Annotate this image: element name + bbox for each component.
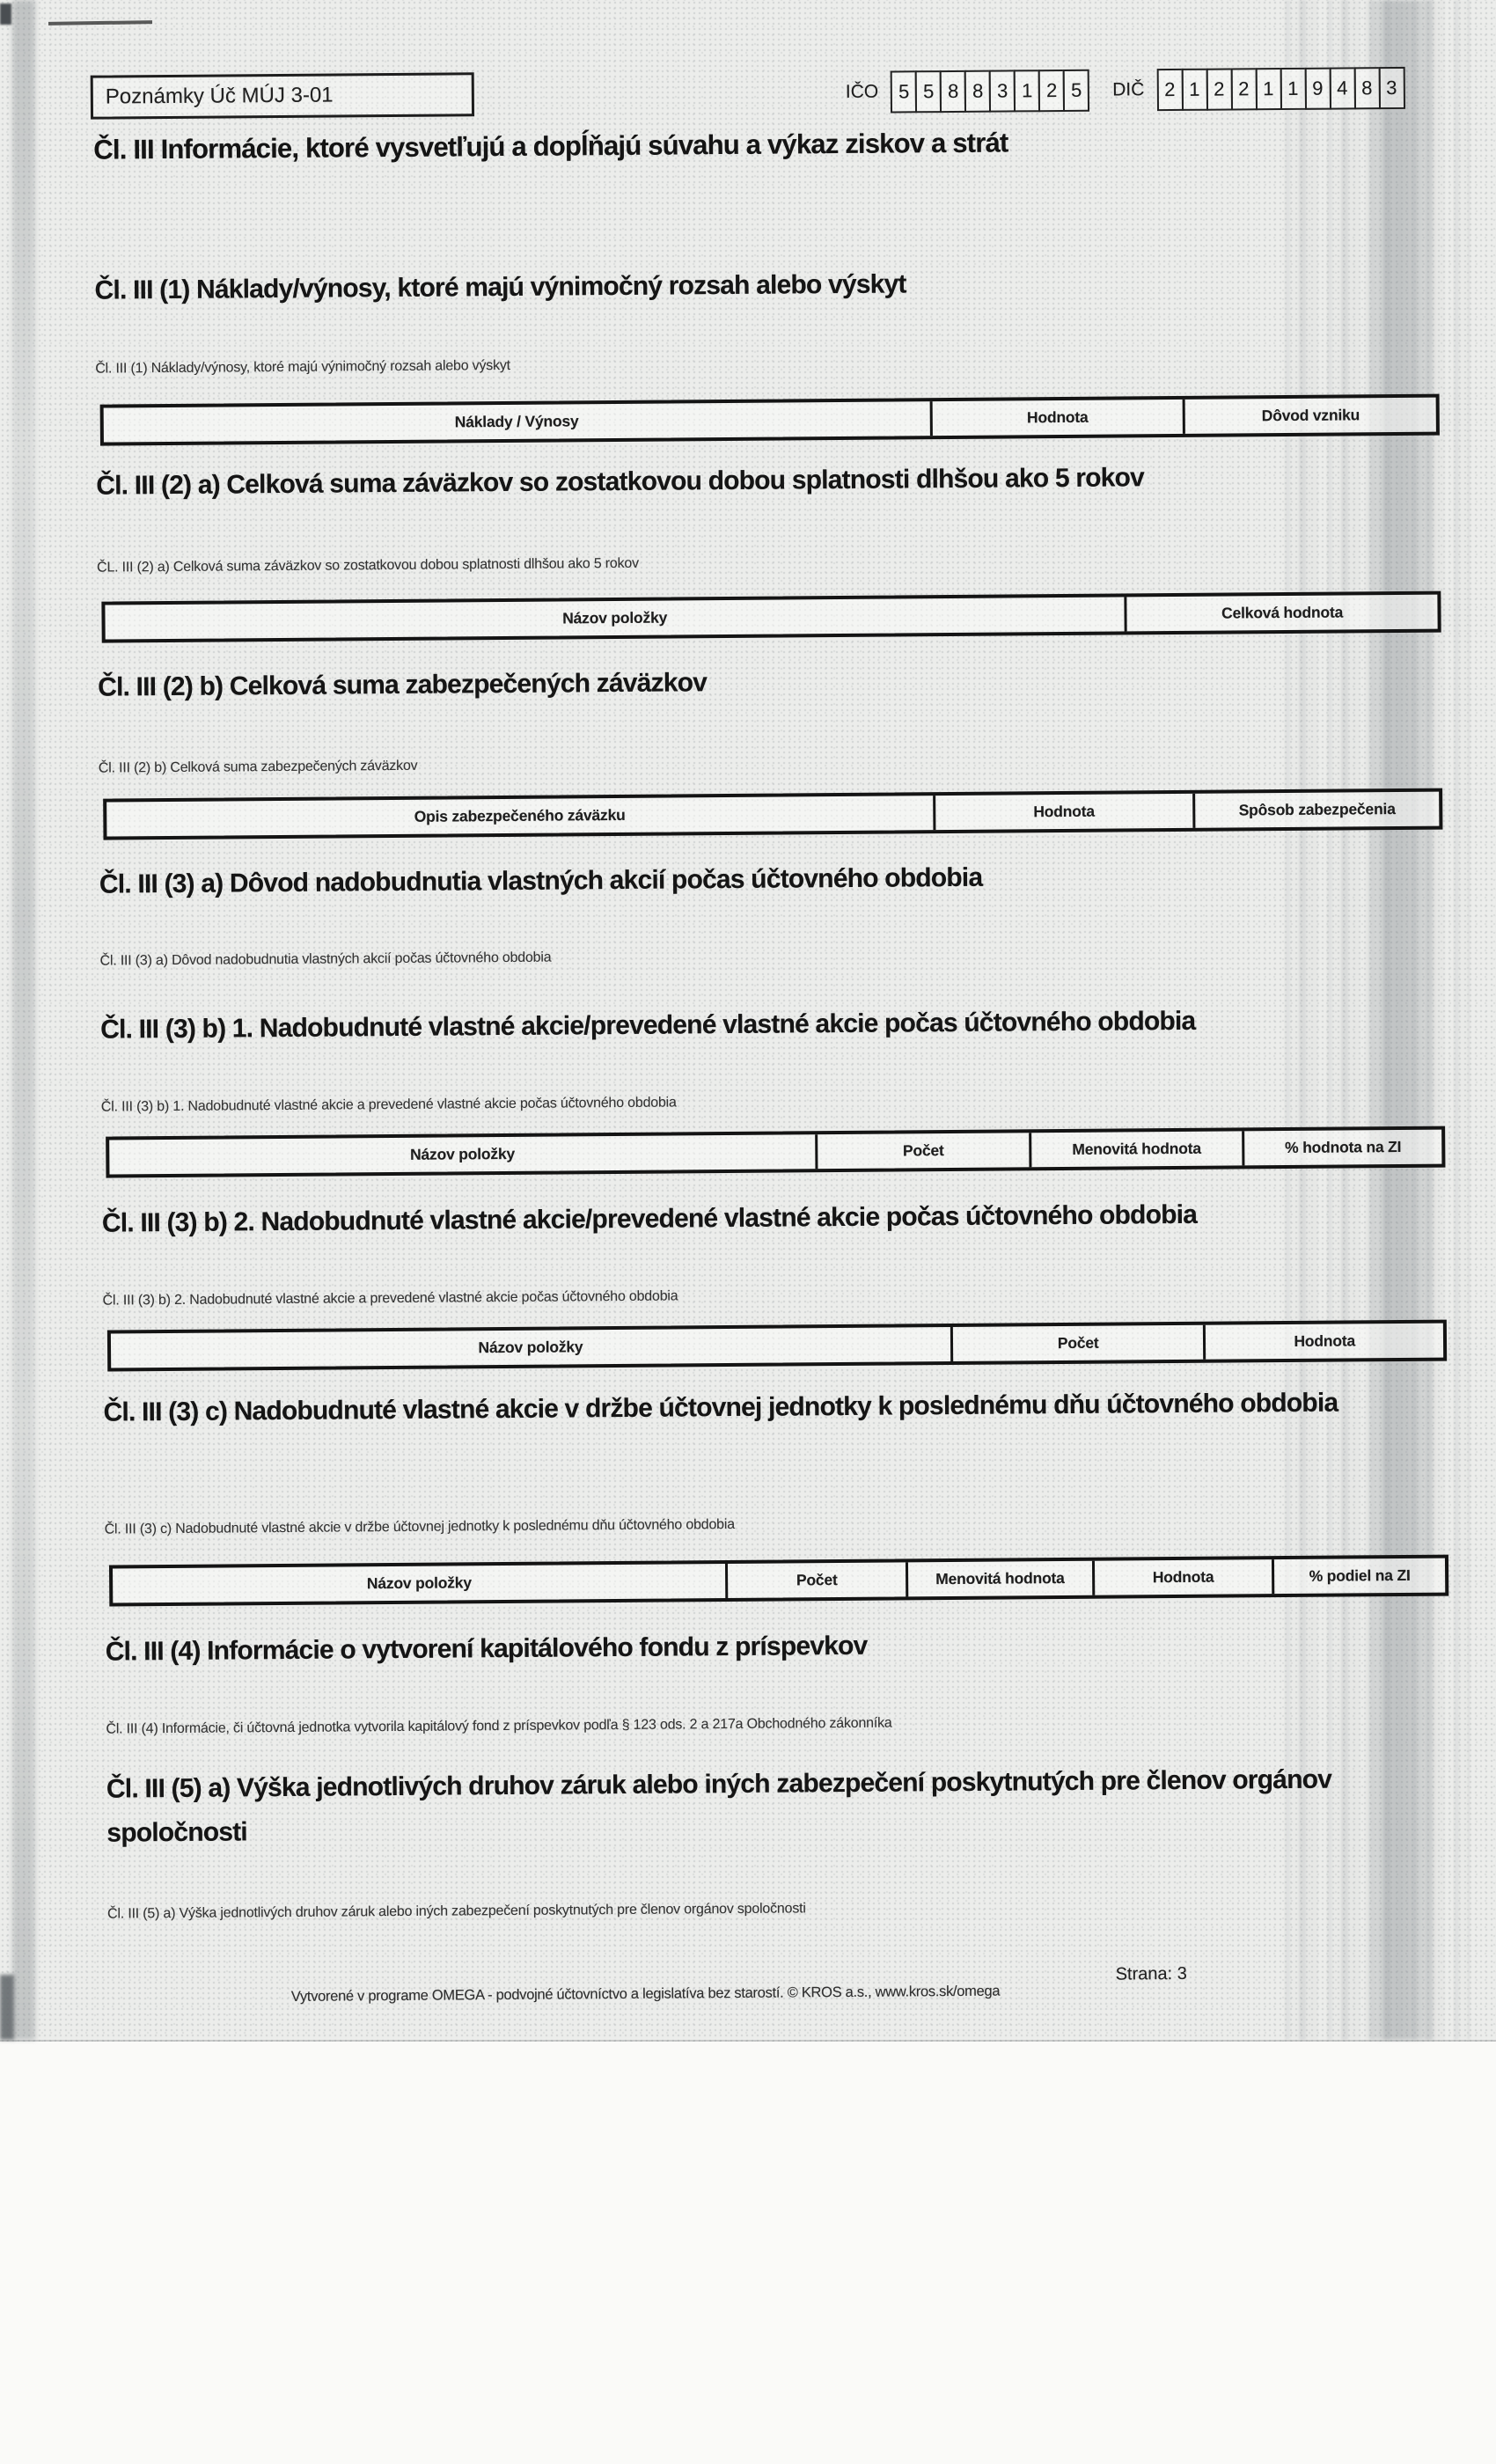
ico-digit-cell: 2 bbox=[1038, 70, 1065, 112]
column-header: Hodnota bbox=[929, 400, 1183, 436]
table-nadobudnute-akcie-2: Názov položky Počet Hodnota bbox=[107, 1320, 1447, 1372]
section-1-heading: Čl. III (1) Náklady/výnosy, ktoré majú v… bbox=[94, 259, 1423, 313]
dic-digit-boxes: 2 1 2 2 1 1 9 4 8 3 bbox=[1156, 67, 1404, 111]
column-header: Názov položky bbox=[113, 1564, 726, 1602]
ico-digit-cell: 5 bbox=[1063, 70, 1089, 112]
section-3b1-note: Čl. III (3) b) 1. Nadobudnuté vlastné ak… bbox=[101, 1089, 1421, 1117]
form-code-label: Poznámky Úč MÚJ 3-01 bbox=[106, 84, 334, 109]
table-nadobudnute-akcie-1: Názov položky Počet Menovitá hodnota % h… bbox=[106, 1126, 1445, 1178]
ico-digit-cell: 8 bbox=[940, 70, 966, 113]
section-3b2-heading: Čl. III (3) b) 2. Nadobudnuté vlastné ak… bbox=[102, 1192, 1431, 1246]
dic-digit-cell: 1 bbox=[1255, 68, 1281, 110]
column-header: Počet bbox=[725, 1562, 906, 1598]
ico-digit-cell: 5 bbox=[915, 70, 942, 113]
column-header: Opis zabezpečeného záväzku bbox=[106, 796, 933, 836]
table-naklady-vynosy: Náklady / Výnosy Hodnota Dôvod vzniku bbox=[100, 394, 1440, 446]
dic-digit-cell: 2 bbox=[1206, 68, 1232, 110]
document-content: Poznámky Úč MÚJ 3-01 IČO 5 5 8 8 3 1 2 5… bbox=[53, 0, 1468, 2042]
scan-left-smudge bbox=[12, 0, 35, 2040]
dic-digit-cell: 4 bbox=[1329, 67, 1355, 109]
table-zabezpecene-zavazky: Opis zabezpečeného záväzku Hodnota Spôso… bbox=[103, 788, 1442, 840]
column-header: Názov položky bbox=[105, 597, 1124, 639]
section-3b2-note: Čl. III (3) b) 2. Nadobudnuté vlastné ak… bbox=[103, 1282, 1423, 1310]
section-5a-note: Čl. III (5) a) Výška jednotlivých druhov… bbox=[107, 1896, 1427, 1924]
section-2b-note: Čl. III (2) b) Celková suma zabezpečenýc… bbox=[99, 750, 1419, 778]
section-2a-note: ČL. III (2) a) Celková suma záväzkov so … bbox=[97, 549, 1417, 577]
dic-digit-cell: 1 bbox=[1181, 69, 1207, 111]
dic-digit-cell: 8 bbox=[1353, 67, 1380, 109]
form-code-box: Poznámky Úč MÚJ 3-01 bbox=[91, 72, 474, 119]
section-1-note: Čl. III (1) Náklady/výnosy, ktoré majú v… bbox=[95, 350, 1415, 378]
page-number: Strana: 3 bbox=[1116, 1964, 1187, 1985]
section-4-note: Čl. III (4) Informácie, či účtovná jedno… bbox=[106, 1711, 1426, 1739]
dic-digit-cell: 3 bbox=[1378, 67, 1404, 109]
column-header: Dôvod vzniku bbox=[1183, 398, 1436, 434]
scan-bottom-left-edge bbox=[0, 1975, 14, 2040]
table-zavazky-nad-5-rokov: Názov položky Celková hodnota bbox=[101, 591, 1441, 643]
ico-label: IČO bbox=[846, 82, 879, 103]
section-4-heading: Čl. III (4) Informácie o vytvorení kapit… bbox=[106, 1620, 1434, 1675]
section-2a-heading: Čl. III (2) a) Celková suma záväzkov so … bbox=[96, 454, 1425, 509]
column-header: Menovitá hodnota bbox=[1029, 1131, 1243, 1167]
section-3c-heading: Čl. III (3) c) Nadobudnuté vlastné akcie… bbox=[103, 1381, 1432, 1435]
ico-digit-cell: 8 bbox=[964, 70, 991, 113]
ico-digit-cell: 1 bbox=[1014, 70, 1040, 112]
dic-label: DIČ bbox=[1112, 79, 1144, 100]
dic-digit-cell: 1 bbox=[1280, 68, 1306, 110]
page-title: Čl. III Informácie, ktoré vysvetľujú a d… bbox=[93, 120, 1422, 171]
column-header: Hodnota bbox=[1203, 1324, 1443, 1360]
section-3a-note: Čl. III (3) a) Dôvod nadobudnutia vlastn… bbox=[100, 942, 1420, 971]
section-3c-note: Čl. III (3) c) Nadobudnuté vlastné akcie… bbox=[105, 1511, 1425, 1539]
column-header: Menovitá hodnota bbox=[906, 1561, 1092, 1597]
dic-digit-cell: 2 bbox=[1156, 69, 1183, 111]
section-2b-heading: Čl. III (2) b) Celková suma zabezpečenýc… bbox=[98, 656, 1426, 710]
dic-digit-cell: 9 bbox=[1304, 68, 1331, 110]
column-header: Hodnota bbox=[1092, 1559, 1272, 1595]
column-header: Spôsob zabezpečenia bbox=[1192, 792, 1439, 828]
section-5a-heading: Čl. III (5) a) Výška jednotlivých druhov… bbox=[106, 1757, 1436, 1856]
ico-digit-cell: 3 bbox=[989, 70, 1016, 112]
id-row: IČO 5 5 8 8 3 1 2 5 DIČ 2 1 2 2 1 1 9 4 … bbox=[846, 67, 1405, 114]
footer-credit: Vytvorené v programe OMEGA - podvojné úč… bbox=[291, 1984, 1001, 2006]
ico-digit-cell: 5 bbox=[891, 70, 917, 113]
column-header: % hodnota na ZI bbox=[1242, 1130, 1441, 1166]
scan-corner-mark bbox=[0, 4, 11, 25]
dic-digit-cell: 2 bbox=[1230, 68, 1257, 110]
column-header: Počet bbox=[816, 1133, 1030, 1169]
column-header: Názov položky bbox=[111, 1327, 950, 1368]
table-akcie-v-drzbe: Názov položky Počet Menovitá hodnota Hod… bbox=[109, 1555, 1448, 1607]
column-header: % podiel na ZI bbox=[1272, 1558, 1445, 1595]
column-header: Celková hodnota bbox=[1125, 595, 1438, 632]
ico-digit-boxes: 5 5 8 8 3 1 2 5 bbox=[891, 70, 1089, 114]
column-header: Hodnota bbox=[933, 794, 1193, 830]
column-header: Počet bbox=[950, 1325, 1204, 1361]
column-header: Názov položky bbox=[109, 1134, 816, 1174]
section-3a-heading: Čl. III (3) a) Dôvod nadobudnutia vlastn… bbox=[99, 853, 1428, 907]
column-header: Náklady / Výnosy bbox=[104, 401, 930, 442]
section-3b1-heading: Čl. III (3) b) 1. Nadobudnuté vlastné ak… bbox=[100, 998, 1429, 1052]
